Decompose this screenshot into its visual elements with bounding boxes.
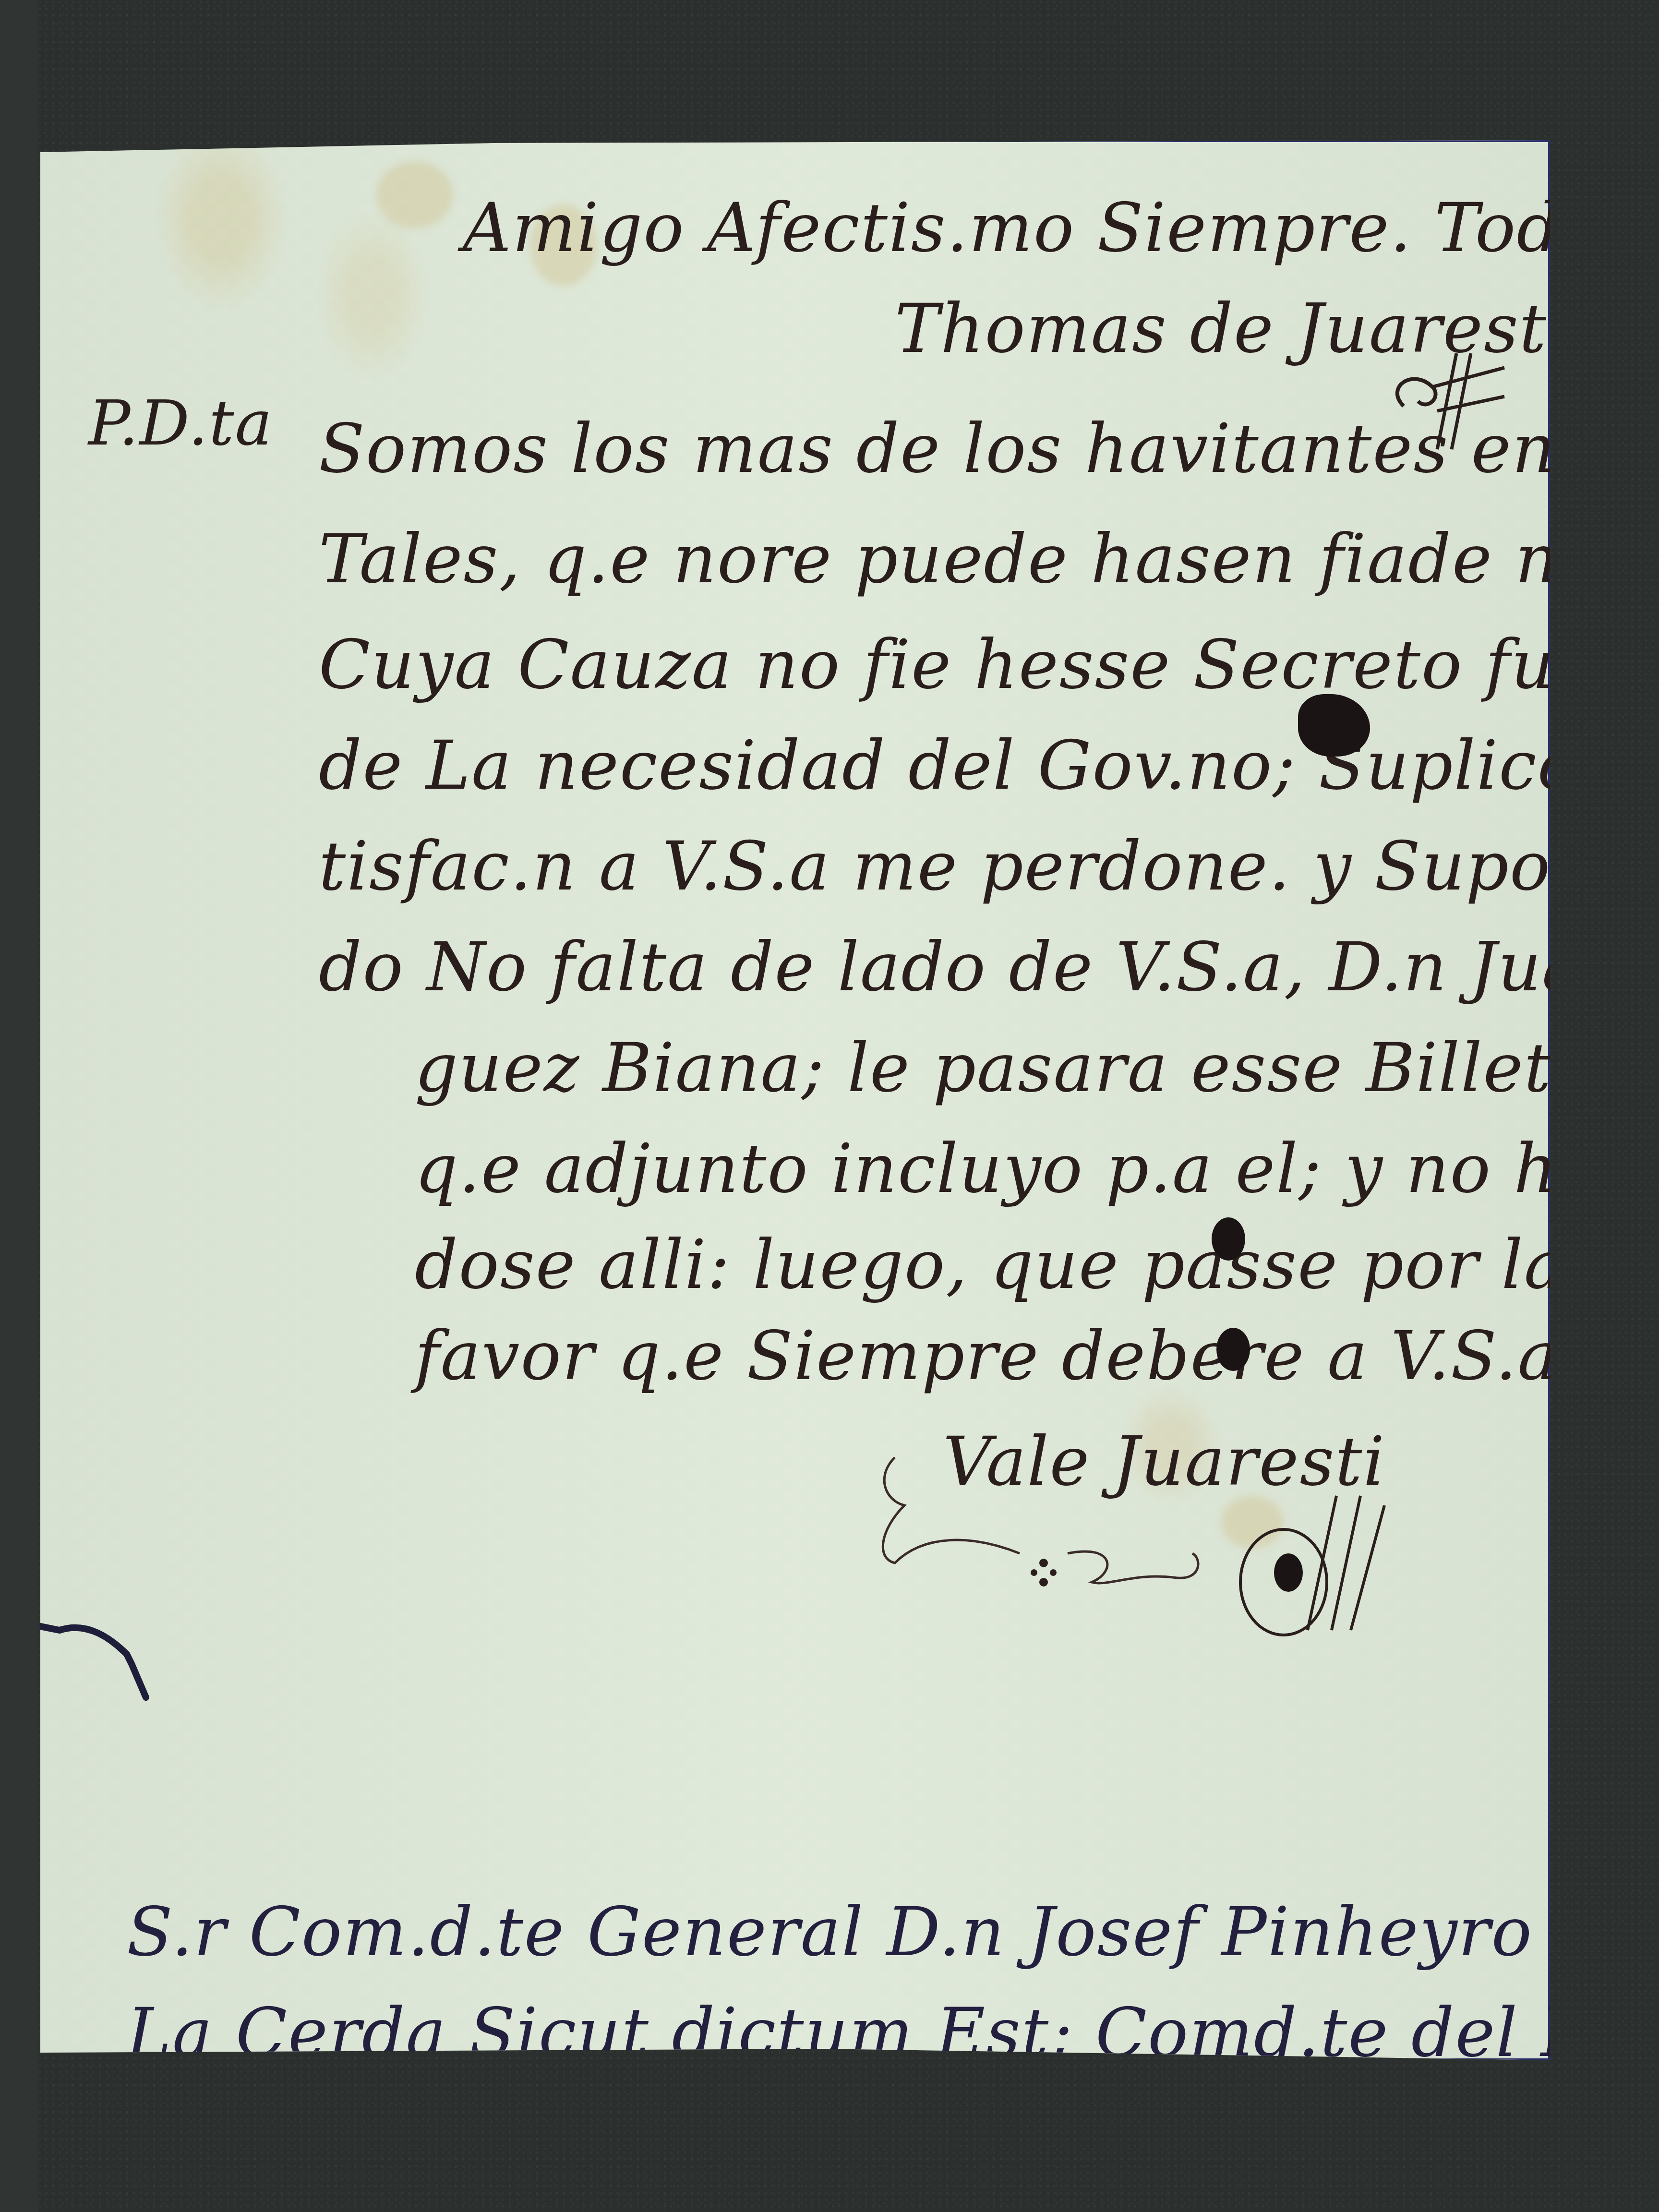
margin-ink-mark-icon (36, 1621, 180, 1765)
postscript-line: dose alli: luego, que passe por las llam… (415, 1232, 1659, 1299)
postscript-line: do No falta de lado de V.S.a, D.n Juan R… (319, 934, 1659, 1001)
postscript-line: guez Biana; le pasara esse Billete (415, 1035, 1593, 1102)
postscript-line: Somos los mas de los havitantes en la Si… (319, 416, 1659, 483)
closing-line: Amigo Afectis.mo Siempre. Todo Suyo. (463, 195, 1659, 262)
ink-blot (1216, 1328, 1250, 1371)
mount-left-strip (0, 0, 38, 2212)
postscript-line: Cuya Cauza no fie hesse Secreto fuera (319, 632, 1659, 699)
manuscript-page: Amigo Afectis.mo Siempre. Todo Suyo. Tho… (40, 140, 1550, 2060)
postscript-line: tisfac.n a V.S.a me perdone. y Suponien (319, 833, 1659, 901)
paper-stain (376, 161, 453, 228)
signature-name: Thomas de Juaresti y Talasco (895, 296, 1659, 363)
postscript-line: favor q.e Siempre debere a V.S.a (415, 1323, 1559, 1390)
ink-blot (1212, 1217, 1245, 1261)
sign-off-flourish-icon (866, 1438, 1466, 1640)
postscript-line: q.e adjunto incluyo p.a el; y no hallan (415, 1136, 1659, 1203)
postscript-line: de La necesidad del Gov.no; Suplico Con … (319, 733, 1659, 800)
postscript-margin-mark: P.D.ta (88, 392, 273, 454)
postscript-line: Tales, q.e nore puede hasen fiade ningun… (319, 526, 1659, 593)
address-line: S.r Com.d.te General D.n Josef Pinheyro … (127, 1899, 1640, 1966)
